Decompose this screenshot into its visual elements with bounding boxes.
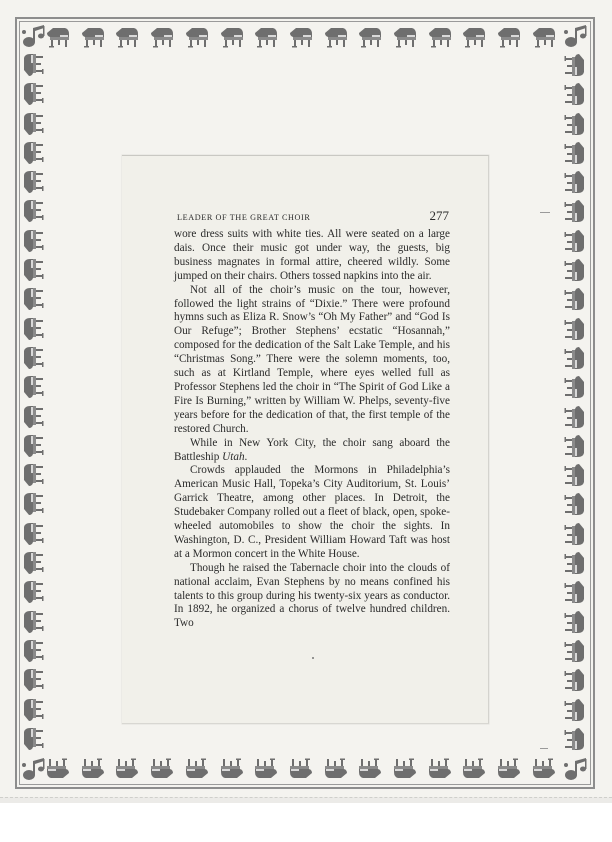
grand-piano-icon xyxy=(20,52,46,78)
grand-piano-icon xyxy=(20,81,46,107)
scan-background xyxy=(0,803,612,842)
grand-piano-icon xyxy=(562,228,588,254)
paragraph-text: . xyxy=(245,451,248,463)
grand-piano-icon xyxy=(427,24,453,50)
grand-piano-icon xyxy=(20,667,46,693)
grand-piano-icon xyxy=(562,52,588,78)
grand-piano-icon xyxy=(45,756,71,782)
grand-piano-icon xyxy=(184,756,210,782)
grand-piano-icon xyxy=(562,579,588,605)
grand-piano-icon xyxy=(562,316,588,342)
grand-piano-icon xyxy=(20,257,46,283)
piano-border-left xyxy=(20,52,46,752)
paragraph: While in New York City, the choir sang a… xyxy=(174,437,450,465)
piano-border-top xyxy=(45,24,557,50)
grand-piano-icon xyxy=(184,24,210,50)
grand-piano-icon xyxy=(562,433,588,459)
grand-piano-icon xyxy=(20,404,46,430)
grand-piano-icon xyxy=(357,24,383,50)
grand-piano-icon xyxy=(20,374,46,400)
grand-piano-icon xyxy=(562,169,588,195)
grand-piano-icon xyxy=(45,24,71,50)
grand-piano-icon xyxy=(20,228,46,254)
grand-piano-icon xyxy=(20,169,46,195)
grand-piano-icon xyxy=(461,756,487,782)
grand-piano-icon xyxy=(20,550,46,576)
grand-piano-icon xyxy=(531,24,557,50)
margin-mark xyxy=(540,212,550,213)
grand-piano-icon xyxy=(562,550,588,576)
grand-piano-icon xyxy=(20,638,46,664)
paragraph: Though he raised the Tabernacle choir in… xyxy=(174,562,450,632)
grand-piano-icon xyxy=(562,521,588,547)
grand-piano-icon xyxy=(253,24,279,50)
grand-piano-icon xyxy=(562,286,588,312)
grand-piano-icon xyxy=(562,462,588,488)
grand-piano-icon xyxy=(461,24,487,50)
grand-piano-icon xyxy=(357,756,383,782)
grand-piano-icon xyxy=(20,345,46,371)
running-head: LEADER OF THE GREAT CHOIR 277 xyxy=(177,208,449,224)
grand-piano-icon xyxy=(392,24,418,50)
grand-piano-icon xyxy=(562,638,588,664)
grand-piano-icon xyxy=(427,756,453,782)
grand-piano-icon xyxy=(20,726,46,752)
grand-piano-icon xyxy=(323,756,349,782)
paragraph: Not all of the choir’s music on the tour… xyxy=(174,284,450,437)
grand-piano-icon xyxy=(149,24,175,50)
grand-piano-icon xyxy=(20,316,46,342)
grand-piano-icon xyxy=(288,24,314,50)
piano-border-bottom xyxy=(45,756,557,782)
grand-piano-icon xyxy=(20,491,46,517)
grand-piano-icon xyxy=(323,24,349,50)
grand-piano-icon xyxy=(20,609,46,635)
grand-piano-icon xyxy=(562,726,588,752)
paragraph: Crowds applauded the Mormons in Philadel… xyxy=(174,464,450,561)
grand-piano-icon xyxy=(20,433,46,459)
grand-piano-icon xyxy=(562,198,588,224)
grand-piano-icon xyxy=(562,491,588,517)
grand-piano-icon xyxy=(20,286,46,312)
paragraph-text: While in New York City, the choir sang a… xyxy=(174,437,450,463)
grand-piano-icon xyxy=(288,756,314,782)
scan-speck xyxy=(312,657,314,659)
grand-piano-icon xyxy=(562,697,588,723)
music-notes-corner-icon xyxy=(20,22,48,50)
grand-piano-icon xyxy=(562,257,588,283)
grand-piano-icon xyxy=(80,24,106,50)
body-text: wore dress suits with white ties. All we… xyxy=(174,228,450,631)
grand-piano-icon xyxy=(562,81,588,107)
grand-piano-icon xyxy=(20,521,46,547)
music-notes-corner-icon xyxy=(562,755,590,783)
grand-piano-icon xyxy=(562,404,588,430)
paragraph: wore dress suits with white ties. All we… xyxy=(174,228,450,284)
grand-piano-icon xyxy=(219,24,245,50)
grand-piano-icon xyxy=(80,756,106,782)
grand-piano-icon xyxy=(114,756,140,782)
grand-piano-icon xyxy=(562,111,588,137)
grand-piano-icon xyxy=(114,24,140,50)
grand-piano-icon xyxy=(531,756,557,782)
grand-piano-icon xyxy=(392,756,418,782)
music-notes-corner-icon xyxy=(20,755,48,783)
grand-piano-icon xyxy=(562,374,588,400)
grand-piano-icon xyxy=(20,697,46,723)
grand-piano-icon xyxy=(20,111,46,137)
grand-piano-icon xyxy=(20,462,46,488)
piano-border-right xyxy=(562,52,588,752)
grand-piano-icon xyxy=(20,579,46,605)
running-title: LEADER OF THE GREAT CHOIR xyxy=(177,213,310,222)
grand-piano-icon xyxy=(562,140,588,166)
music-notes-corner-icon xyxy=(562,22,590,50)
ship-name: Utah xyxy=(222,451,244,463)
page-number: 277 xyxy=(430,208,450,224)
grand-piano-icon xyxy=(562,345,588,371)
grand-piano-icon xyxy=(20,140,46,166)
grand-piano-icon xyxy=(219,756,245,782)
grand-piano-icon xyxy=(20,198,46,224)
grand-piano-icon xyxy=(253,756,279,782)
grand-piano-icon xyxy=(562,667,588,693)
grand-piano-icon xyxy=(562,609,588,635)
grand-piano-icon xyxy=(496,756,522,782)
grand-piano-icon xyxy=(149,756,175,782)
grand-piano-icon xyxy=(496,24,522,50)
book-page: LEADER OF THE GREAT CHOIR 277 wore dress… xyxy=(122,155,489,724)
margin-mark xyxy=(540,748,548,749)
